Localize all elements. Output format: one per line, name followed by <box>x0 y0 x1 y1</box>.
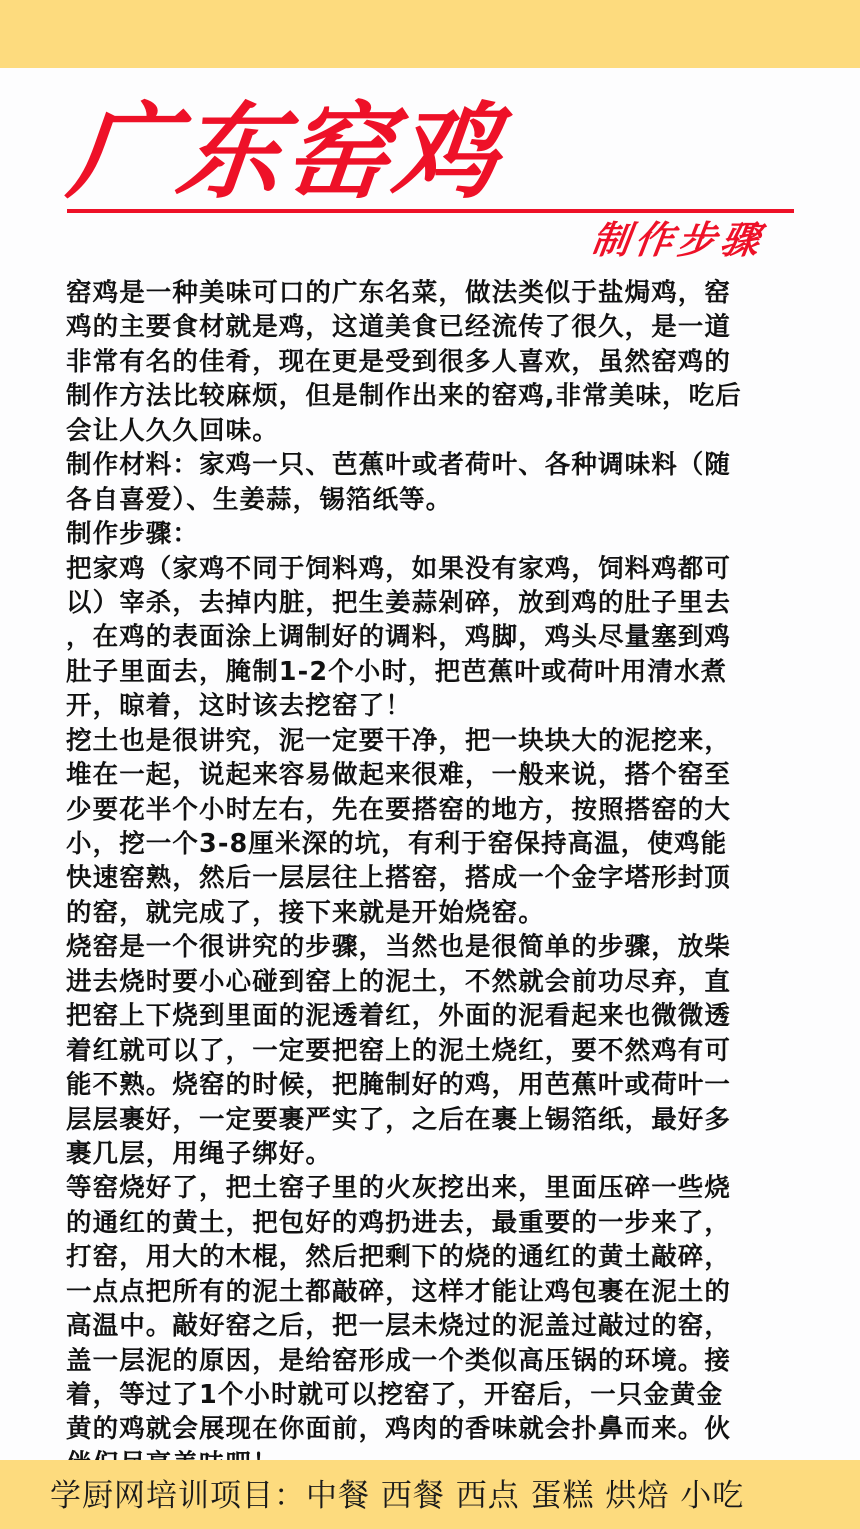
article-line: 一点点把所有的泥土都敲碎，这样才能让鸡包裹在泥土的 <box>66 1275 796 1309</box>
article-line: 裹几层，用绳子绑好。 <box>66 1137 796 1171</box>
article-line: 开，晾着，这时该去挖窑了！ <box>66 689 796 723</box>
title-divider <box>67 209 794 213</box>
article-line: 会让人久久回味。 <box>66 414 796 448</box>
ingredients-line: 各自喜爱）、生姜蒜，锡箔纸等。 <box>66 483 796 517</box>
article-body: 窑鸡是一种美味可口的广东名菜，做法类似于盐焗鸡，窑 鸡的主要食材就是鸡，这道美食… <box>66 276 796 1481</box>
page-title: 广东窑鸡 <box>64 96 508 208</box>
article-line: 堆在一起，说起来容易做起来很难，一般来说，搭个窑至 <box>66 758 796 792</box>
article-line: 把窑上下烧到里面的泥透着红，外面的泥看起来也微微透 <box>66 999 796 1033</box>
top-decorative-band <box>0 0 860 68</box>
article-line: 盖一层泥的原因，是给窑形成一个类似高压锅的环境。接 <box>66 1344 796 1378</box>
article-line: 烧窑是一个很讲究的步骤，当然也是很简单的步骤，放柴 <box>66 930 796 964</box>
article-line: 打窑，用大的木棍，然后把剩下的烧的通红的黄土敲碎， <box>66 1240 796 1274</box>
article-line: 以）宰杀，去掉内脏，把生姜蒜剁碎，放到鸡的肚子里去 <box>66 586 796 620</box>
article-line: 少要花半个小时左右，先在要搭窑的地方，按照搭窑的大 <box>66 793 796 827</box>
article-line: 着，等过了1个小时就可以挖窑了，开窑后，一只金黄金 <box>66 1378 796 1412</box>
article-line: 把家鸡（家鸡不同于饲料鸡，如果没有家鸡，饲料鸡都可 <box>66 552 796 586</box>
article-line: 黄的鸡就会展现在你面前，鸡肉的香味就会扑鼻而来。伙 <box>66 1412 796 1446</box>
article-line: 小，挖一个3-8厘米深的坑，有利于窑保持高温，使鸡能 <box>66 827 796 861</box>
page-subtitle: 制作步骤 <box>589 219 767 261</box>
article-line: 高温中。敲好窑之后，把一层未烧过的泥盖过敲过的窑， <box>66 1309 796 1343</box>
article-line: 层层裹好，一定要裹严实了，之后在裹上锡箔纸，最好多 <box>66 1103 796 1137</box>
article-line: 鸡的主要食材就是鸡，这道美食已经流传了很久，是一道 <box>66 310 796 344</box>
article-line: 肚子里面去，腌制1-2个小时，把芭蕉叶或荷叶用清水煮 <box>66 655 796 689</box>
article-line: 等窑烧好了，把土窑子里的火灰挖出来，里面压碎一些烧 <box>66 1171 796 1205</box>
article-line: 非常有名的佳肴，现在更是受到很多人喜欢，虽然窑鸡的 <box>66 345 796 379</box>
ingredients-line: 制作材料：家鸡一只、芭蕉叶或者荷叶、各种调味料（随 <box>66 448 796 482</box>
steps-heading: 制作步骤： <box>66 517 796 551</box>
footer-training-items: 学厨网培训项目：中餐 西餐 西点 蛋糕 烘焙 小吃 <box>50 1474 744 1518</box>
article-line: 的通红的黄土，把包好的鸡扔进去，最重要的一步来了， <box>66 1206 796 1240</box>
article-line: 的窑，就完成了，接下来就是开始烧窑。 <box>66 896 796 930</box>
article-line: 制作方法比较麻烦，但是制作出来的窑鸡,非常美味，吃后 <box>66 379 796 413</box>
article-line: 窑鸡是一种美味可口的广东名菜，做法类似于盐焗鸡，窑 <box>66 276 796 310</box>
article-line: 着红就可以了，一定要把窑上的泥土烧红，要不然鸡有可 <box>66 1034 796 1068</box>
article-line: 快速窑熟，然后一层层往上搭窑，搭成一个金字塔形封顶 <box>66 861 796 895</box>
article-line: 进去烧时要小心碰到窑上的泥土，不然就会前功尽弃，直 <box>66 965 796 999</box>
article-line: ，在鸡的表面涂上调制好的调料，鸡脚，鸡头尽量塞到鸡 <box>66 620 796 654</box>
article-line: 能不熟。烧窑的时候，把腌制好的鸡，用芭蕉叶或荷叶一 <box>66 1068 796 1102</box>
article-line: 挖土也是很讲究，泥一定要干净，把一块块大的泥挖来， <box>66 724 796 758</box>
